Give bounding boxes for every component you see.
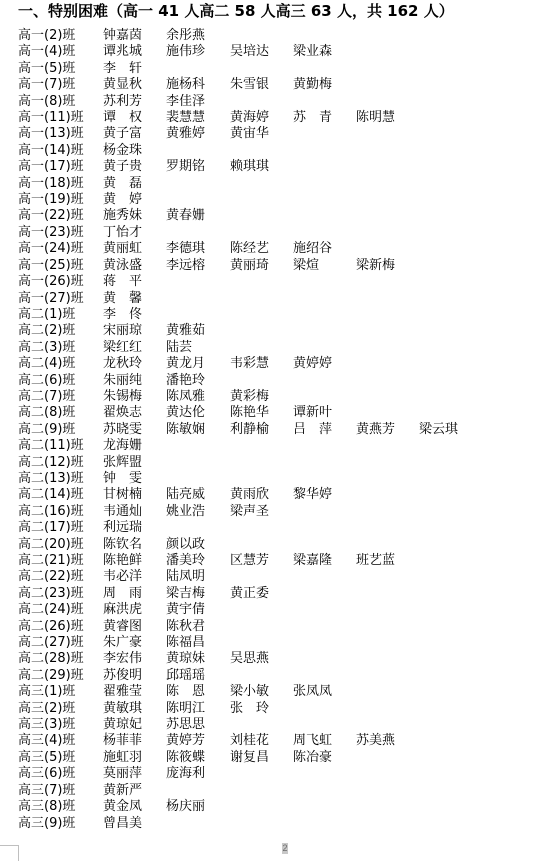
student-name: 朱锡梅: [103, 389, 142, 405]
student-name: 黄琼妹: [166, 651, 205, 667]
student-name: 黄龙月: [166, 356, 205, 372]
student-name: 杨菲菲: [103, 733, 142, 749]
student-name: 罗期铭: [166, 159, 205, 175]
student-name: 李 佟: [103, 307, 142, 323]
student-name: 黄子贵: [103, 159, 142, 175]
student-name: 黄宇倩: [166, 602, 205, 618]
student-name: 姚业浩: [166, 504, 205, 520]
class-label: 高一(23)班: [18, 225, 84, 241]
class-label: 高二(3)班: [18, 340, 75, 356]
student-name: 黄海婷: [230, 110, 269, 126]
student-name: 陈筱蝶: [166, 750, 205, 766]
student-name: 周飞虹: [293, 733, 332, 749]
student-name: 翟焕志: [103, 405, 142, 421]
student-name: 陆凤明: [166, 569, 205, 585]
class-label: 高一(14)班: [18, 143, 84, 159]
student-name: 钟嘉茵: [103, 28, 142, 44]
class-label: 高一(7)班: [18, 77, 75, 93]
class-label: 高二(6)班: [18, 373, 75, 389]
student-name: 周 雨: [103, 586, 142, 602]
class-label: 高二(9)班: [18, 422, 75, 438]
student-name: 梁煊: [293, 258, 319, 274]
student-name: 苏利芳: [103, 94, 142, 110]
class-label: 高二(21)班: [18, 553, 84, 569]
student-name: 陆亮威: [166, 487, 205, 503]
page-number: 2: [282, 843, 288, 854]
student-name: 黄燕芳: [356, 422, 395, 438]
class-label: 高一(27)班: [18, 291, 84, 307]
class-label: 高二(8)班: [18, 405, 75, 421]
class-label: 高一(13)班: [18, 126, 84, 142]
student-name: 谭新叶: [293, 405, 332, 421]
section-heading: 一、特别困难（高一 41 人高二 58 人高三 63 人，共 162 人）: [18, 1, 454, 21]
class-label: 高二(13)班: [18, 471, 84, 487]
student-name: 苏 青: [293, 110, 332, 126]
class-label: 高一(8)班: [18, 94, 75, 110]
student-name: 梁红红: [103, 340, 142, 356]
student-name: 莫丽萍: [103, 766, 142, 782]
student-name: 张辉盟: [103, 455, 142, 471]
class-label: 高一(11)班: [18, 110, 84, 126]
student-name: 梁吉梅: [166, 586, 205, 602]
student-name: 施杨科: [166, 77, 205, 93]
student-name: 裴慧慧: [166, 110, 205, 126]
student-name: 梁小敏: [230, 684, 269, 700]
student-name: 丁怡才: [103, 225, 142, 241]
student-name: 黄 馨: [103, 291, 142, 307]
student-name: 赖琪琪: [230, 159, 269, 175]
class-label: 高二(4)班: [18, 356, 75, 372]
student-name: 陈敏娴: [166, 422, 205, 438]
student-name: 吴思燕: [230, 651, 269, 667]
student-name: 黄子富: [103, 126, 142, 142]
class-label: 高二(12)班: [18, 455, 84, 471]
student-name: 吴培达: [230, 44, 269, 60]
student-name: 黄雅茹: [166, 323, 205, 339]
student-name: 陈冶豪: [293, 750, 332, 766]
student-name: 李宏伟: [103, 651, 142, 667]
class-label: 高二(16)班: [18, 504, 84, 520]
student-name: 潘美玲: [166, 553, 205, 569]
student-name: 曾昌美: [103, 816, 142, 832]
student-name: 邱瑶瑶: [166, 668, 205, 684]
student-name: 黄 磊: [103, 176, 142, 192]
class-label: 高三(4)班: [18, 733, 75, 749]
class-label: 高三(7)班: [18, 783, 75, 799]
student-name: 黄泳盛: [103, 258, 142, 274]
student-name: 黄彩梅: [230, 389, 269, 405]
student-name: 杨金珠: [103, 143, 142, 159]
student-name: 朱雪银: [230, 77, 269, 93]
student-name: 黄勤梅: [293, 77, 332, 93]
class-label: 高二(17)班: [18, 520, 84, 536]
student-name: 谭 权: [103, 110, 142, 126]
student-name: 陈福昌: [166, 635, 205, 651]
student-name: 施伟珍: [166, 44, 205, 60]
student-name: 甘树楠: [103, 487, 142, 503]
student-name: 黄婷婷: [293, 356, 332, 372]
student-name: 颜以政: [166, 537, 205, 553]
student-name: 梁云琪: [419, 422, 458, 438]
class-label: 高二(26)班: [18, 619, 84, 635]
student-name: 利远瑞: [103, 520, 142, 536]
student-name: 刘桂花: [230, 733, 269, 749]
class-label: 高二(23)班: [18, 586, 84, 602]
student-name: 蒋 平: [103, 274, 142, 290]
student-name: 韦彩慧: [230, 356, 269, 372]
student-name: 苏俊明: [103, 668, 142, 684]
class-label: 高二(14)班: [18, 487, 84, 503]
student-name: 黄显秋: [103, 77, 142, 93]
student-name: 龙海姗: [103, 438, 142, 454]
student-name: 梁业森: [293, 44, 332, 60]
student-name: 黄丽虹: [103, 241, 142, 257]
student-name: 黄新严: [103, 783, 142, 799]
student-name: 利静榆: [230, 422, 269, 438]
student-name: 黄睿图: [103, 619, 142, 635]
class-label: 高二(27)班: [18, 635, 84, 651]
student-name: 黄敏琪: [103, 701, 142, 717]
student-name: 黄琼妃: [103, 717, 142, 733]
class-label: 高一(22)班: [18, 208, 84, 224]
student-name: 陈明慧: [356, 110, 395, 126]
student-name: 陈秋君: [166, 619, 205, 635]
student-name: 黄宙华: [230, 126, 269, 142]
class-label: 高二(24)班: [18, 602, 84, 618]
student-name: 黄 婷: [103, 192, 142, 208]
class-label: 高二(29)班: [18, 668, 84, 684]
student-name: 陈 恩: [166, 684, 205, 700]
class-label: 高二(1)班: [18, 307, 75, 323]
page-margin-corner-mark: [0, 845, 19, 861]
class-label: 高一(18)班: [18, 176, 84, 192]
class-label: 高三(2)班: [18, 701, 75, 717]
student-name: 陈艳鲜: [103, 553, 142, 569]
student-name: 黄正委: [230, 586, 269, 602]
student-name: 麻洪虎: [103, 602, 142, 618]
class-label: 高一(2)班: [18, 28, 75, 44]
student-name: 梁声圣: [230, 504, 269, 520]
student-name: 宋丽琼: [103, 323, 142, 339]
class-label: 高三(8)班: [18, 799, 75, 815]
class-label: 高二(28)班: [18, 651, 84, 667]
student-name: 陈明江: [166, 701, 205, 717]
student-name: 李 轩: [103, 61, 142, 77]
student-name: 潘艳玲: [166, 373, 205, 389]
class-label: 高三(9)班: [18, 816, 75, 832]
student-name: 黄丽琦: [230, 258, 269, 274]
class-label: 高一(24)班: [18, 241, 84, 257]
class-label: 高一(5)班: [18, 61, 75, 77]
student-name: 龙秋玲: [103, 356, 142, 372]
student-name: 张 玲: [230, 701, 269, 717]
student-name: 苏思思: [166, 717, 205, 733]
student-name: 黄雨欣: [230, 487, 269, 503]
class-label: 高三(3)班: [18, 717, 75, 733]
student-name: 余彤燕: [166, 28, 205, 44]
class-label: 高二(22)班: [18, 569, 84, 585]
student-name: 李远榕: [166, 258, 205, 274]
student-name: 梁新梅: [356, 258, 395, 274]
student-name: 苏美燕: [356, 733, 395, 749]
class-label: 高一(17)班: [18, 159, 84, 175]
class-label: 高一(19)班: [18, 192, 84, 208]
student-name: 吕 萍: [293, 422, 332, 438]
student-name: 黎华婷: [293, 487, 332, 503]
class-label: 高二(11)班: [18, 438, 84, 454]
student-name: 朱丽纯: [103, 373, 142, 389]
student-name: 谭兆城: [103, 44, 142, 60]
student-name: 施绍谷: [293, 241, 332, 257]
student-name: 苏晓雯: [103, 422, 142, 438]
student-name: 黄金凤: [103, 799, 142, 815]
student-name: 朱广豪: [103, 635, 142, 651]
student-name: 陈经艺: [230, 241, 269, 257]
student-name: 韦通灿: [103, 504, 142, 520]
student-name: 陈凤雅: [166, 389, 205, 405]
class-label: 高一(4)班: [18, 44, 75, 60]
student-name: 陈艳华: [230, 405, 269, 421]
student-name: 班艺蓝: [356, 553, 395, 569]
student-name: 黄雅婷: [166, 126, 205, 142]
class-label: 高三(6)班: [18, 766, 75, 782]
student-name: 黄春姗: [166, 208, 205, 224]
student-name: 陈钦名: [103, 537, 142, 553]
student-name: 庞海利: [166, 766, 205, 782]
class-label: 高一(26)班: [18, 274, 84, 290]
student-name: 黄达伦: [166, 405, 205, 421]
class-label: 高一(25)班: [18, 258, 84, 274]
student-name: 翟雅莹: [103, 684, 142, 700]
student-name: 黄婷芳: [166, 733, 205, 749]
student-name: 杨庆丽: [166, 799, 205, 815]
class-label: 高二(7)班: [18, 389, 75, 405]
student-name: 谢复昌: [230, 750, 269, 766]
student-name: 梁嘉隆: [293, 553, 332, 569]
student-name: 陆芸: [166, 340, 192, 356]
student-name: 李德琪: [166, 241, 205, 257]
student-name: 李佳泽: [166, 94, 205, 110]
class-label: 高三(1)班: [18, 684, 75, 700]
student-name: 施虹羽: [103, 750, 142, 766]
student-name: 韦必洋: [103, 569, 142, 585]
student-name: 张凤凤: [293, 684, 332, 700]
student-name: 钟 雯: [103, 471, 142, 487]
class-label: 高二(20)班: [18, 537, 84, 553]
student-name: 区慧芳: [230, 553, 269, 569]
student-name: 施秀妹: [103, 208, 142, 224]
class-label: 高三(5)班: [18, 750, 75, 766]
class-label: 高二(2)班: [18, 323, 75, 339]
